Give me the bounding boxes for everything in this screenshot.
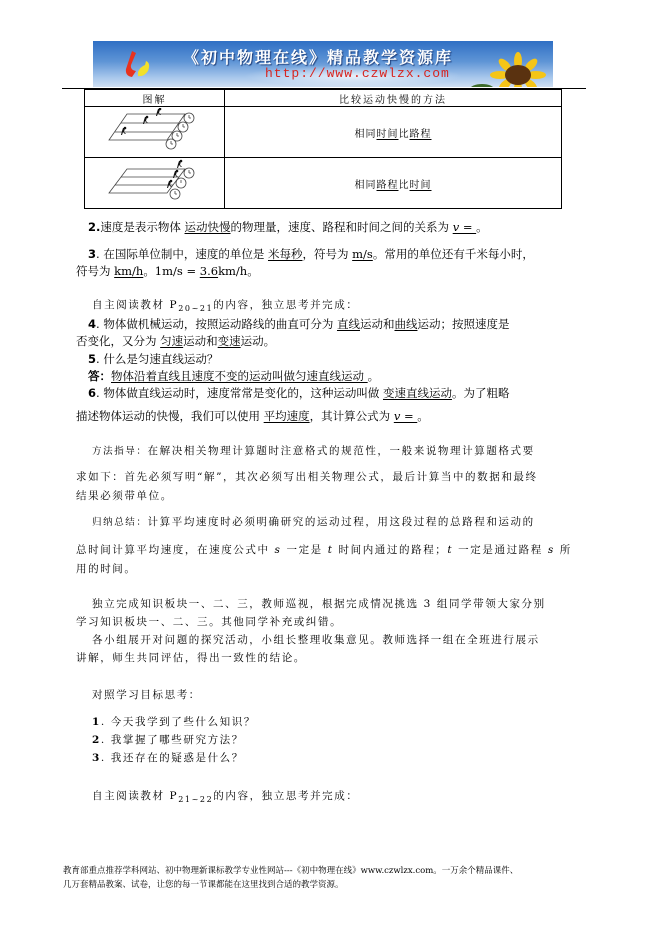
answer-blank: 3.6 [200,264,218,278]
table-cell-method: 相同路程比时间 [225,158,562,209]
speed-comparison-table: 图解 比较运动快慢的方法 相同时间比路程 [84,89,562,209]
table-cell-method: 相同时间比路程 [225,107,562,158]
answer-blank: 曲线 [394,317,417,331]
formula-blank: v = [453,220,476,234]
site-logo-icon [118,49,158,83]
answer-blank: 变速 [218,334,241,348]
banner-url[interactable]: http://www.czwlzx.com [265,66,450,81]
reflection-item: 2. 我掌握了哪些研究方法？ [92,733,244,748]
summary-line-3: 用的时间。 [76,562,137,577]
summary-label: 归纳总结： [92,517,148,528]
question-6-line-2: 描述物体运动的快慢，我们可以使用 平均速度，其计算公式为 v = 。 [76,409,429,424]
reading-instruction-2: 自主阅读教材 P21~22的内容，独立思考并完成： [92,789,358,807]
method-guidance-line-3: 结果必须带单位。 [76,489,173,504]
summary-line-1: 归纳总结：计算平均速度时必须明确研究的运动过程，用这段过程的总路程和运动的 [92,515,535,530]
sunflower-icon [468,51,548,87]
question-6-line-1: 6. 物体做直线运动时，速度常常是变化的，这种运动叫做 变速直线运动。为了粗略 [88,386,509,401]
table-row: 相同时间比路程 [85,107,562,158]
question-2: 2.速度是表示物体 运动快慢的物理量，速度、路程和时间之间的关系为 v = 。 [88,220,488,235]
answer-blank: 路程 [410,129,432,140]
footer-line-1: 教育部重点推荐学科网站、初中物理新课标教学专业性网站---《初中物理在线》www… [63,864,518,878]
method-guidance-line-1: 方法指导：在解决相关物理计算题时注意格式的规范性，一般来说物理计算题格式要 [92,444,535,459]
question-3-line-1: 3. 在国际单位制中，速度的单位是 米每秒，符号为 m/s。常用的单位还有千米每… [88,247,534,262]
method-guidance-line-2: 求如下：首先必须写明“解”，其次必须写出相关物理公式，最后计算当中的数据和最终 [76,470,538,485]
answer-blank: 平均速度 [264,409,310,423]
answer-blank: 时间 [410,180,432,191]
same-time-runners-icon [105,108,205,152]
page-footer: 教育部重点推荐学科网站、初中物理新课标教学专业性网站---《初中物理在线》www… [63,864,518,892]
same-distance-runners-icon [105,159,205,203]
activity-line-1: 独立完成知识板块一、二、三，教师巡视，根据完成情况挑选 3 组同学带领大家分别 [92,597,546,612]
footer-line-2: 几万套精品教案、试卷，让您的每一节课都能在这里找到合适的教学资源。 [63,878,518,892]
summary-line-2: 总时间计算平均速度，在速度公式中 s 一定是 t 时间内通过的路程；t 一定是通… [76,543,572,558]
answer-blank: 匀速 [160,334,183,348]
table-row: 相同路程比时间 [85,158,562,209]
answer-blank: 米每秒 [268,247,303,261]
table-header-row: 图解 比较运动快慢的方法 [85,90,562,107]
method-guidance-label: 方法指导： [92,446,148,457]
question-4-line-2: 否变化，又分为 匀速运动和变速运动。 [76,334,275,349]
activity-line-3: 各小组展开对问题的探究活动，小组长整理收集意见。教师选择一组在全班进行展示 [92,633,540,648]
reading-instruction-1: 自主阅读教材 P20~21的内容，独立思考并完成： [92,298,358,316]
question-5-answer: 答：物体沿着直线且速度不变的运动叫做匀速直线运动 。 [88,369,379,384]
answer-blank: 运动快慢 [185,220,231,234]
table-header-method: 比较运动快慢的方法 [225,90,562,107]
answer-blank: 时间 [377,129,399,140]
answer-blank: km/h [114,264,143,278]
reflection-item: 3. 我还存在的疑惑是什么？ [92,751,244,766]
table-cell-illustration [85,158,225,209]
answer-blank: 变速直线运动 [383,386,452,400]
table-header-diagram: 图解 [85,90,225,107]
answer-blank: 路程 [377,180,399,191]
answer-blank: 直线 [337,317,360,331]
question-5: 5. 什么是匀速直线运动？ [88,352,218,367]
activity-line-4: 讲解，师生共同评估，得出一致性的结论。 [76,651,306,666]
activity-line-2: 学习知识板块一、二、三。其他同学补充或纠错。 [76,615,342,630]
table-cell-illustration [85,107,225,158]
question-3-line-2: 符号为 km/h。1m/s = 3.6km/h。 [76,264,259,279]
formula-blank: v = [394,409,417,423]
question-4-line-1: 4. 物体做机械运动，按照运动路线的曲直可分为 直线运动和曲线运动；按照速度是 [88,317,509,332]
answer-blank: 物体沿着直线且速度不变的运动叫做匀速直线运动 [111,369,368,383]
reflection-title: 对照学习目标思考： [92,688,201,703]
answer-blank: m/s [352,247,373,261]
reflection-item: 1. 今天我学到了些什么知识？ [92,715,256,730]
header-banner: 《初中物理在线》精品教学资源库 http://www.czwlzx.com [93,41,553,87]
banner-title: 《初中物理在线》精品教学资源库 [183,45,453,68]
